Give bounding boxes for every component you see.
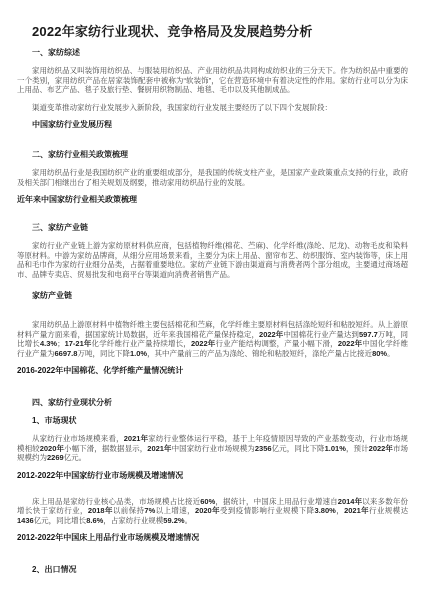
text-run: 中国家纺行业市场规模为 <box>172 444 255 453</box>
body-paragraph: 床上用品是家纺行业核心品类，市场规模占比接近60%，据统计，中国床上用品行业增速… <box>17 497 408 526</box>
text-run: ， <box>336 506 344 515</box>
statistic-bold-run: 2356 <box>255 444 272 453</box>
figure-gap <box>17 301 408 312</box>
statistic-bold-run: 80% <box>372 349 387 358</box>
body-paragraph: 渠道变革推动家纺行业发展步入新阶段，我国家纺行业发展主要经历了以下四个发展阶段： <box>17 103 408 113</box>
text-run: 以前保持 <box>113 506 145 515</box>
statistic-bold-run: 2018年 <box>88 506 113 515</box>
text-run: 行业规模达 <box>369 506 408 515</box>
figure-gap <box>17 205 408 215</box>
body-paragraph: 家用纺织品行业是我国纺织产业的重要组成部分，是我国的传统支柱产业，是国家产业政策… <box>17 168 408 187</box>
document-title: 2022年家纺行业现状、竞争格局及发展趋势分析 <box>32 24 408 40</box>
body-paragraph: 从家纺行业市场规模来看，2021年家纺行业整体运行平稳，基于上年疫情原因导致的产… <box>17 434 408 463</box>
section-heading: 三、家纺产业链 <box>32 223 408 233</box>
section-heading: 一、家纺综述 <box>32 48 408 58</box>
figure-gap <box>17 130 408 142</box>
statistic-bold-run: 2022年 <box>338 339 362 348</box>
statistic-bold-run: 2021年 <box>344 506 369 515</box>
figure-gap <box>17 481 408 489</box>
text-run: 渠道变革推动家纺行业发展步入新阶段，我国家纺行业发展主要经历了以下四个发展阶段： <box>32 103 332 112</box>
body-paragraph: 家用纺织品又叫装饰用纺织品、与服装用纺织品、产业用纺织品共同构成纺织业的三分天下… <box>17 66 408 95</box>
section-heading: 2、出口情况 <box>32 565 408 575</box>
statistic-bold-run: 1.0% <box>130 349 147 358</box>
statistic-bold-run: 17-21年 <box>65 339 92 348</box>
figure-gap <box>17 376 408 390</box>
statistic-bold-run: 2022年 <box>191 339 215 348</box>
statistic-bold-run: 60% <box>200 497 215 506</box>
text-run: 行业产能结构调整，产量小幅下滑， <box>215 339 337 348</box>
figure-gap <box>17 543 408 557</box>
section-heading: 二、家纺行业相关政策梳理 <box>32 150 408 160</box>
statistic-bold-run: 597.7 <box>359 330 378 339</box>
text-run: 。 <box>185 516 193 525</box>
statistic-bold-run: 8.6% <box>86 516 103 525</box>
text-run: 亿元。 <box>64 453 87 462</box>
statistic-bold-run: 1436 <box>17 516 34 525</box>
text-run: 万吨，同比下降 <box>77 349 130 358</box>
text-run: ； <box>57 339 65 348</box>
text-run: 家纺行业产业链上游为家纺原材料供应商，包括植物纤维(棉花、苎麻)、化学纤维(涤纶… <box>17 241 408 279</box>
statistic-bold-run: 1.01% <box>325 444 346 453</box>
statistic-bold-run: 59.2% <box>163 516 184 525</box>
figure-caption: 近年来中国家纺行业相关政策梳理 <box>17 195 408 205</box>
section-heading: 1、市场现状 <box>32 416 408 426</box>
statistic-bold-run: 2269 <box>47 453 64 462</box>
statistic-bold-run: 4.3% <box>40 339 57 348</box>
text-run: 中国棉花行业产量达到 <box>283 330 359 339</box>
document-body: 一、家纺综述家用纺织品又叫装饰用纺织品、与服装用纺织品、产业用纺织品共同构成纺织… <box>17 48 408 575</box>
text-run: ，据统计，中国床上用品行业增速自 <box>215 497 338 506</box>
text-run: 床上用品是家纺行业核心品类，市场规模占比接近 <box>32 497 200 506</box>
text-run: 家用纺织品又叫装饰用纺织品、与服装用纺织品、产业用纺织品共同构成纺织业的三分天下… <box>17 66 408 94</box>
text-run: 受到疫情影响行业规模下降 <box>220 506 315 515</box>
text-run: 家用纺织品行业是我国纺织产业的重要组成部分，是我国的传统支柱产业，是国家产业政策… <box>17 168 408 187</box>
figure-caption: 2012-2022年中国床上用品行业市场规模及增速情况 <box>17 533 408 543</box>
body-paragraph: 家纺行业产业链上游为家纺原材料供应商，包括植物纤维(棉花、苎麻)、化学纤维(涤纶… <box>17 241 408 279</box>
text-run: 从家纺行业市场规模来看， <box>32 434 124 443</box>
body-paragraph: 家用纺织品上游原材料中植物纤维主要包括棉花和苎麻，化学纤维主要原材料包括涤纶短纤… <box>17 320 408 358</box>
text-run: 以上增速， <box>155 506 195 515</box>
text-run: 。 <box>387 349 395 358</box>
statistic-bold-run: 6697.8 <box>55 349 78 358</box>
statistic-bold-run: 2014年 <box>338 497 362 506</box>
section-heading: 四、家纺行业现状分析 <box>32 398 408 408</box>
statistic-bold-run: 2021年 <box>124 434 148 443</box>
figure-caption: 家纺产业链 <box>32 291 408 301</box>
text-run: ，预计 <box>346 444 369 453</box>
statistic-bold-run: 2020年 <box>195 506 220 515</box>
text-run: ，其中产量前三的产品为涤纶、锦纶和粘胶短纤，涤纶产量占比接近 <box>147 349 372 358</box>
figure-gap <box>17 279 408 283</box>
text-run: 亿元，同比增长 <box>34 516 87 525</box>
statistic-bold-run: 2021年 <box>147 444 171 453</box>
text-run: 亿元，同比下降 <box>272 444 325 453</box>
statistic-bold-run: 3.80% <box>315 506 336 515</box>
figure-caption: 中国家纺行业发展历程 <box>32 120 408 130</box>
statistic-bold-run: 2020年 <box>40 444 64 453</box>
figure-caption: 2012-2022年中国家纺行业市场规模及增速情况 <box>17 471 408 481</box>
text-run: 化学纤维行业产量持续增长， <box>92 339 191 348</box>
statistic-bold-run: 2022年 <box>369 444 393 453</box>
statistic-bold-run: 2022年 <box>259 330 283 339</box>
figure-caption: 2016-2022年中国棉花、化学纤维产量情况统计 <box>17 366 408 376</box>
text-run: 小幅下滑，据数据显示， <box>64 444 147 453</box>
document-page: 2022年家纺行业现状、竞争格局及发展趋势分析 一、家纺综述家用纺织品又叫装饰用… <box>0 0 424 600</box>
statistic-bold-run: 7% <box>144 506 155 515</box>
text-run: ，占家纺行业规模 <box>103 516 163 525</box>
